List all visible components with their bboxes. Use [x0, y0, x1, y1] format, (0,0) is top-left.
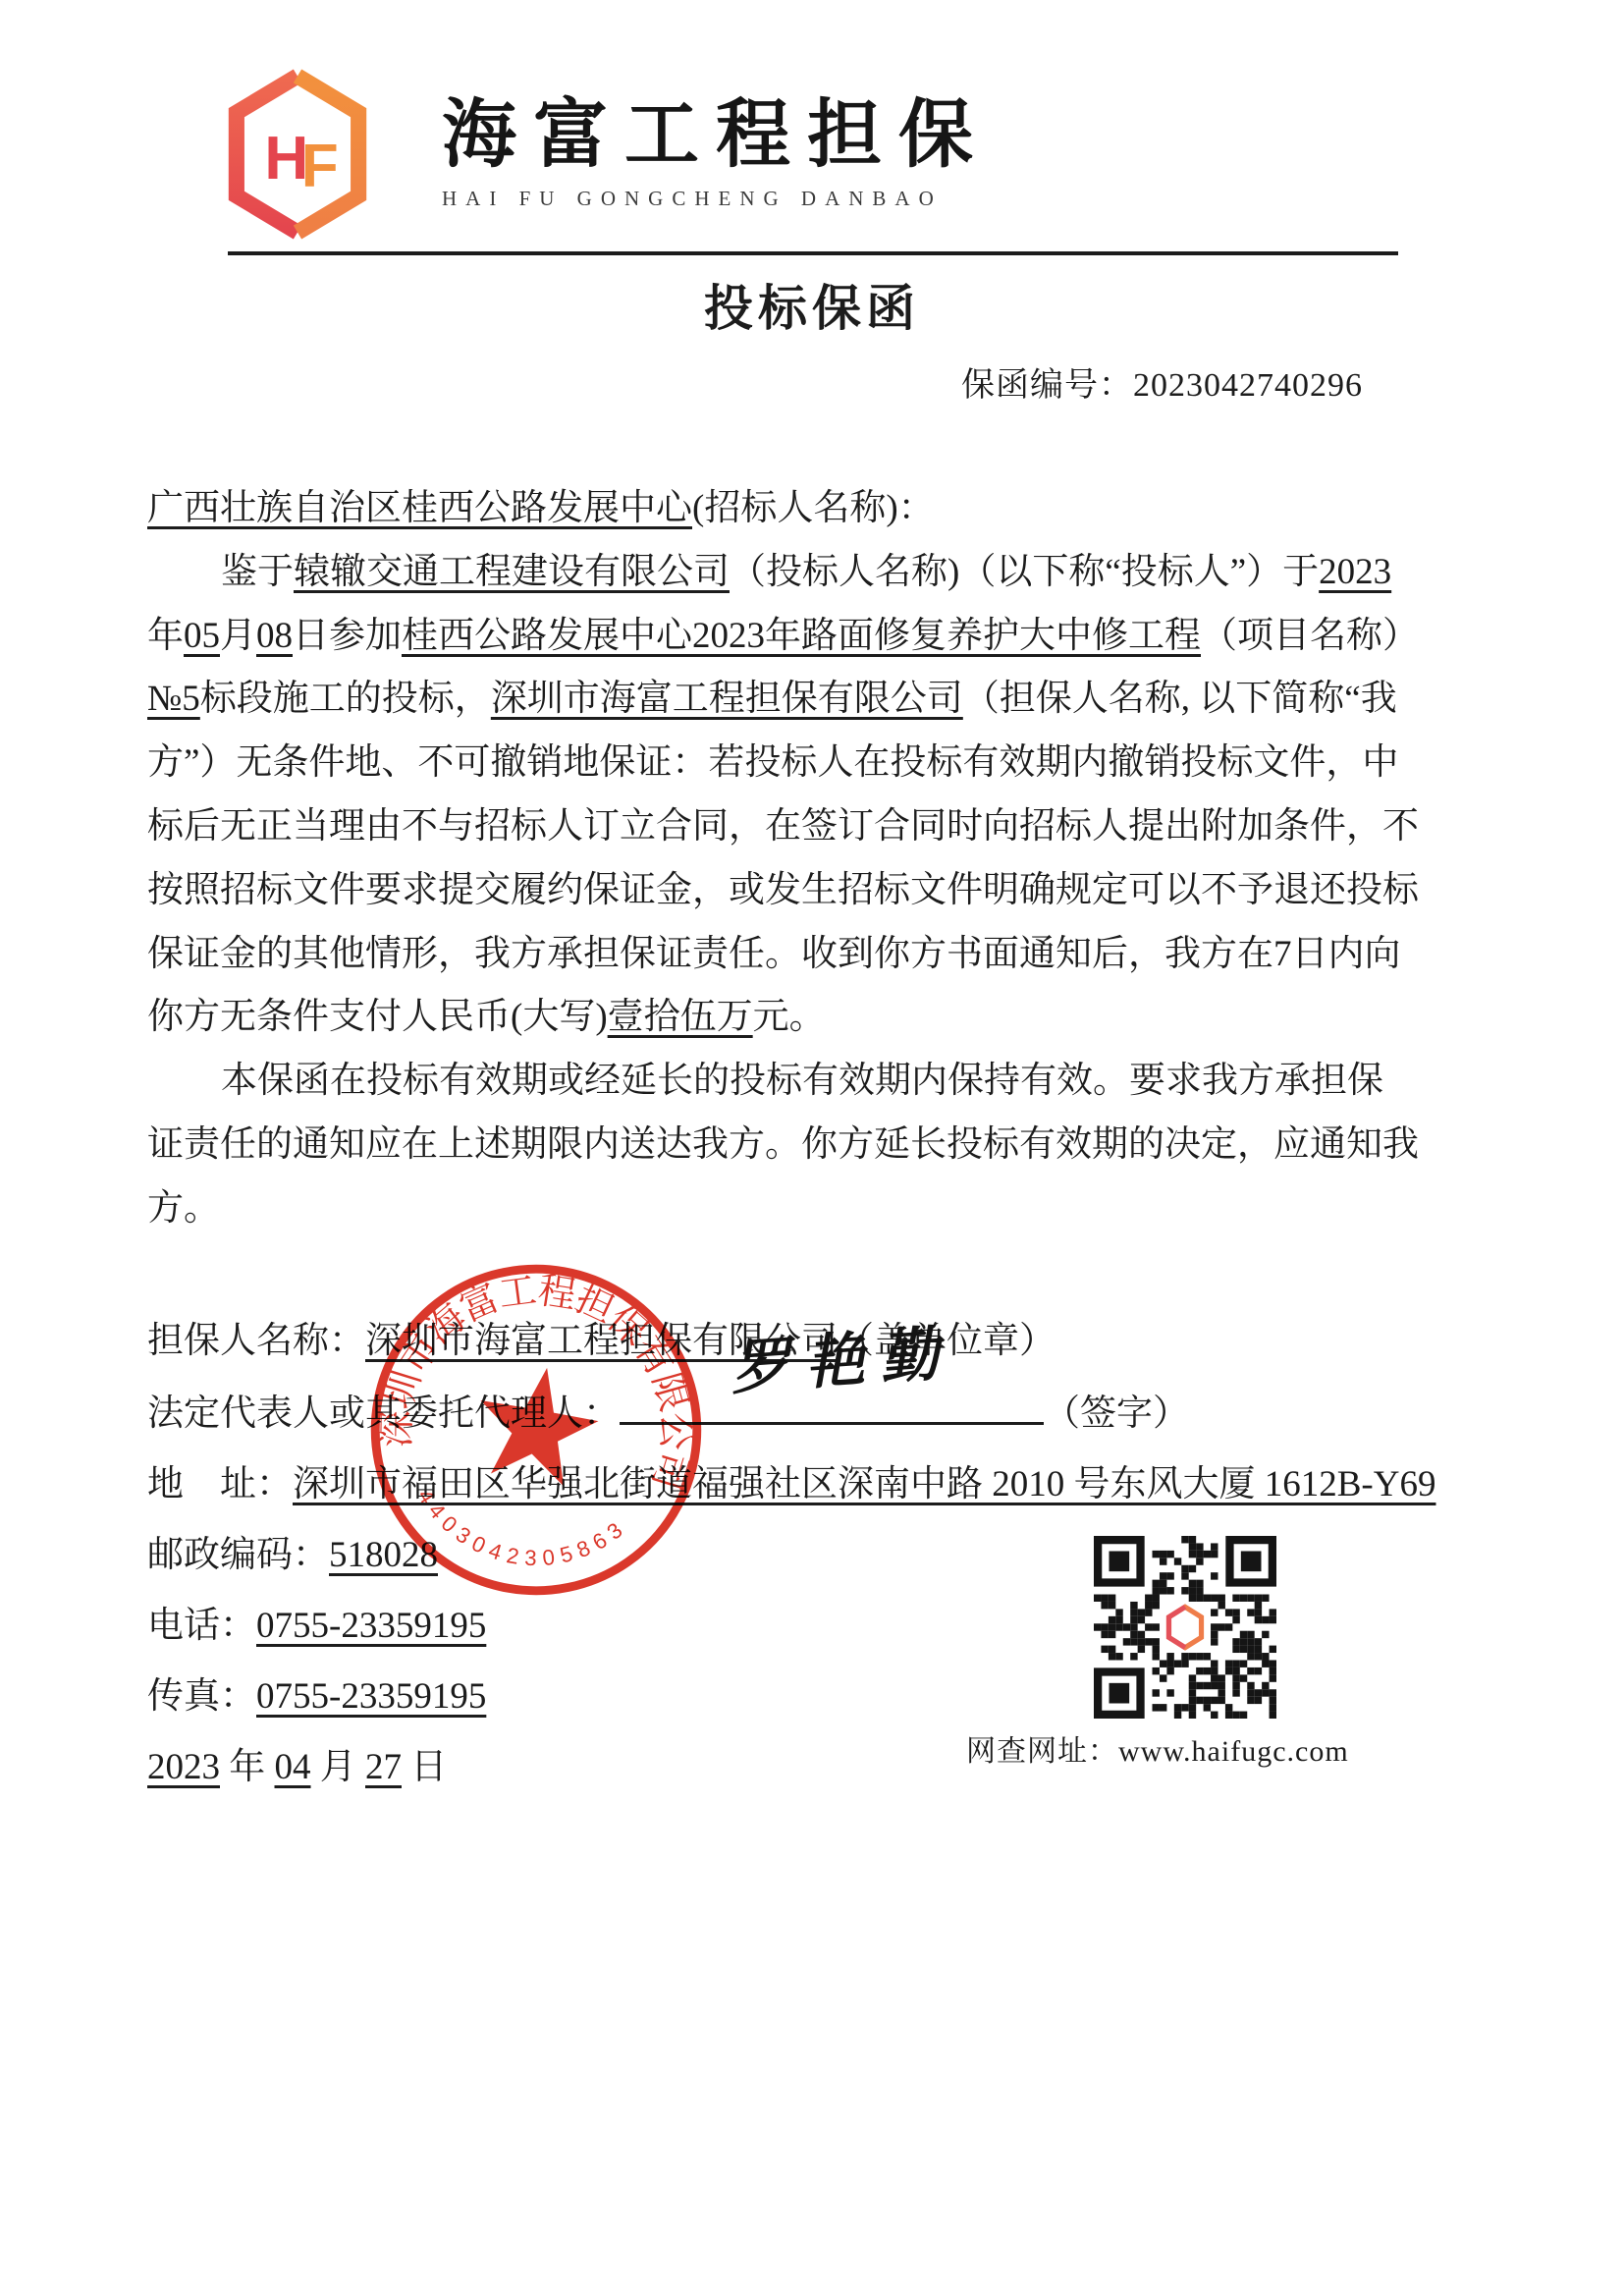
text-segment: 年: [147, 616, 184, 656]
verification-qr-code: [1094, 1536, 1276, 1719]
guarantee-number-line: 保函编号：2023042740296: [961, 357, 1363, 406]
logo-pinyin: HAI FU GONGCHENG DANBAO: [442, 187, 990, 211]
guarantor-label: 担保人名称：: [147, 1321, 365, 1361]
text-segment: （担保人名称, 以下简称“我: [963, 679, 1397, 719]
logo-text: 海富工程担保 HAI FU GONGCHENG DANBAO: [442, 98, 990, 211]
text-segment: 月: [220, 616, 256, 656]
phone-line: 电话：0755-23359195: [147, 1595, 486, 1648]
text-segment: 2023: [147, 1747, 220, 1787]
text-segment: 2023: [1319, 552, 1391, 592]
address-line: 地 址：深圳市福田区华强北街道福强社区深南中路 2010 号东风大厦 1612B…: [147, 1453, 1435, 1506]
handwritten-signature: 罗艳勤: [728, 1306, 956, 1406]
text-segment: 04: [275, 1747, 311, 1787]
text-segment: 27: [365, 1747, 402, 1787]
body-line: 广西壮族自治区桂西公路发展中心(招标人名称)：: [147, 477, 1492, 541]
seal-number-text: 4403042305863: [404, 1481, 631, 1587]
body-line: 你方无条件支付人民币(大写)壹拾伍万元。: [147, 986, 1492, 1050]
body-line: 按照招标文件要求提交履约保证金，或发生招标文件明确规定可以不予退还投标: [147, 859, 1492, 923]
qr-center-logo: [1161, 1603, 1210, 1652]
phone-label: 电话：: [147, 1606, 256, 1646]
body-line: 方。: [147, 1177, 1492, 1241]
rep-suffix: （签字）: [1044, 1394, 1189, 1434]
address-label: 地 址：: [147, 1464, 293, 1504]
text-segment: 标段施工的投标，: [200, 679, 491, 719]
fax-line: 传真：0755-23359195: [147, 1666, 486, 1719]
verification-url-label: 网查网址：: [966, 1735, 1118, 1768]
text-segment: 证责任的通知应在上述期限内送达我方。你方延长投标有效期的决定，应通知我: [147, 1124, 1419, 1165]
svg-text:4403042305863: 4403042305863: [404, 1481, 631, 1587]
body-line: 方”）无条件地、不可撤销地保证：若投标人在投标有效期内撤销投标文件，中: [147, 732, 1492, 795]
document-page: H F 海富工程担保 HAI FU GONGCHENG DANBAO 投标保函 …: [0, 0, 1624, 2296]
logo-company-name: 海富工程担保: [442, 98, 990, 173]
text-segment: 保证金的其他情形，我方承担保证责任。收到你方书面通知后，我方在7日内向: [147, 934, 1401, 974]
text-segment: 辕辙交通工程建设有限公司: [294, 552, 730, 592]
text-segment: 日参加: [293, 616, 402, 656]
guarantee-number-value: 2023042740296: [1133, 367, 1363, 404]
header-divider: [228, 251, 1398, 255]
text-segment: 日: [402, 1747, 447, 1787]
text-segment: 08: [256, 616, 293, 656]
body-line: 标后无正当理由不与招标人订立合同，在签订合同时向招标人提出附加条件，不: [147, 795, 1492, 859]
text-segment: (招标人名称)：: [692, 488, 935, 528]
guarantee-number-label: 保函编号：: [961, 367, 1133, 404]
text-segment: 年: [220, 1747, 275, 1787]
postcode-label: 邮政编码：: [147, 1535, 329, 1575]
text-segment: 月: [311, 1747, 366, 1787]
text-segment: （投标人名称)（以下称“投标人”）于: [730, 552, 1319, 592]
text-segment: №5: [147, 679, 200, 719]
body-line: 年05月08日参加桂西公路发展中心2023年路面修复养护大中修工程（项目名称）: [147, 605, 1492, 669]
text-segment: 标后无正当理由不与招标人订立合同，在签订合同时向招标人提出附加条件，不: [147, 806, 1419, 847]
body-line: №5标段施工的投标，深圳市海富工程担保有限公司（担保人名称, 以下简称“我: [147, 668, 1492, 732]
text-segment: 本保函在投标有效期或经延长的投标有效期内保持有效。要求我方承担保: [221, 1061, 1383, 1101]
text-segment: 壹拾伍万: [608, 997, 753, 1037]
text-segment: 05: [184, 616, 220, 656]
verification-url: www.haifugc.com: [1118, 1735, 1349, 1768]
body-line: 鉴于辕辙交通工程建设有限公司（投标人名称)（以下称“投标人”）于2023: [147, 541, 1492, 605]
text-segment: 广西壮族自治区桂西公路发展中心: [147, 488, 692, 528]
fax-value: 0755-23359195: [256, 1676, 486, 1717]
text-segment: 桂西公路发展中心2023年路面修复养护大中修工程: [402, 616, 1201, 656]
text-segment: 方”）无条件地、不可撤销地保证：若投标人在投标有效期内撤销投标文件，中: [147, 742, 1398, 783]
text-segment: 元。: [753, 997, 826, 1037]
company-logo: H F 海富工程担保 HAI FU GONGCHENG DANBAO: [192, 69, 990, 240]
phone-value: 0755-23359195: [256, 1606, 486, 1646]
text-segment: 鉴于: [221, 552, 294, 592]
hf-logo-icon: H F: [192, 69, 403, 240]
text-segment: 方。: [147, 1188, 220, 1229]
document-title: 投标保函: [0, 269, 1624, 340]
verification-url-caption: 网查网址：www.haifugc.com: [966, 1726, 1349, 1770]
body-line: 保证金的其他情形，我方承担保证责任。收到你方书面通知后，我方在7日内向: [147, 923, 1492, 987]
body-line: 本保函在投标有效期或经延长的投标有效期内保持有效。要求我方承担保: [147, 1050, 1492, 1114]
company-seal-stamp: 深圳市海富工程担保有限公司 4403042305863: [334, 1228, 738, 1632]
fax-label: 传真：: [147, 1676, 256, 1717]
letter-body: 广西壮族自治区桂西公路发展中心(招标人名称)： 鉴于辕辙交通工程建设有限公司（投…: [147, 477, 1492, 1241]
body-line: 证责任的通知应在上述期限内送达我方。你方延长投标有效期的决定，应通知我: [147, 1114, 1492, 1177]
text-segment: 你方无条件支付人民币(大写): [147, 997, 608, 1037]
date-line: 2023 年 04 月 27 日: [147, 1736, 447, 1789]
svg-text:F: F: [301, 132, 339, 199]
text-segment: （项目名称）: [1201, 616, 1419, 656]
text-segment: 按照招标文件要求提交履约保证金，或发生招标文件明确规定可以不予退还投标: [147, 870, 1419, 910]
text-segment: 深圳市海富工程担保有限公司: [491, 679, 963, 719]
